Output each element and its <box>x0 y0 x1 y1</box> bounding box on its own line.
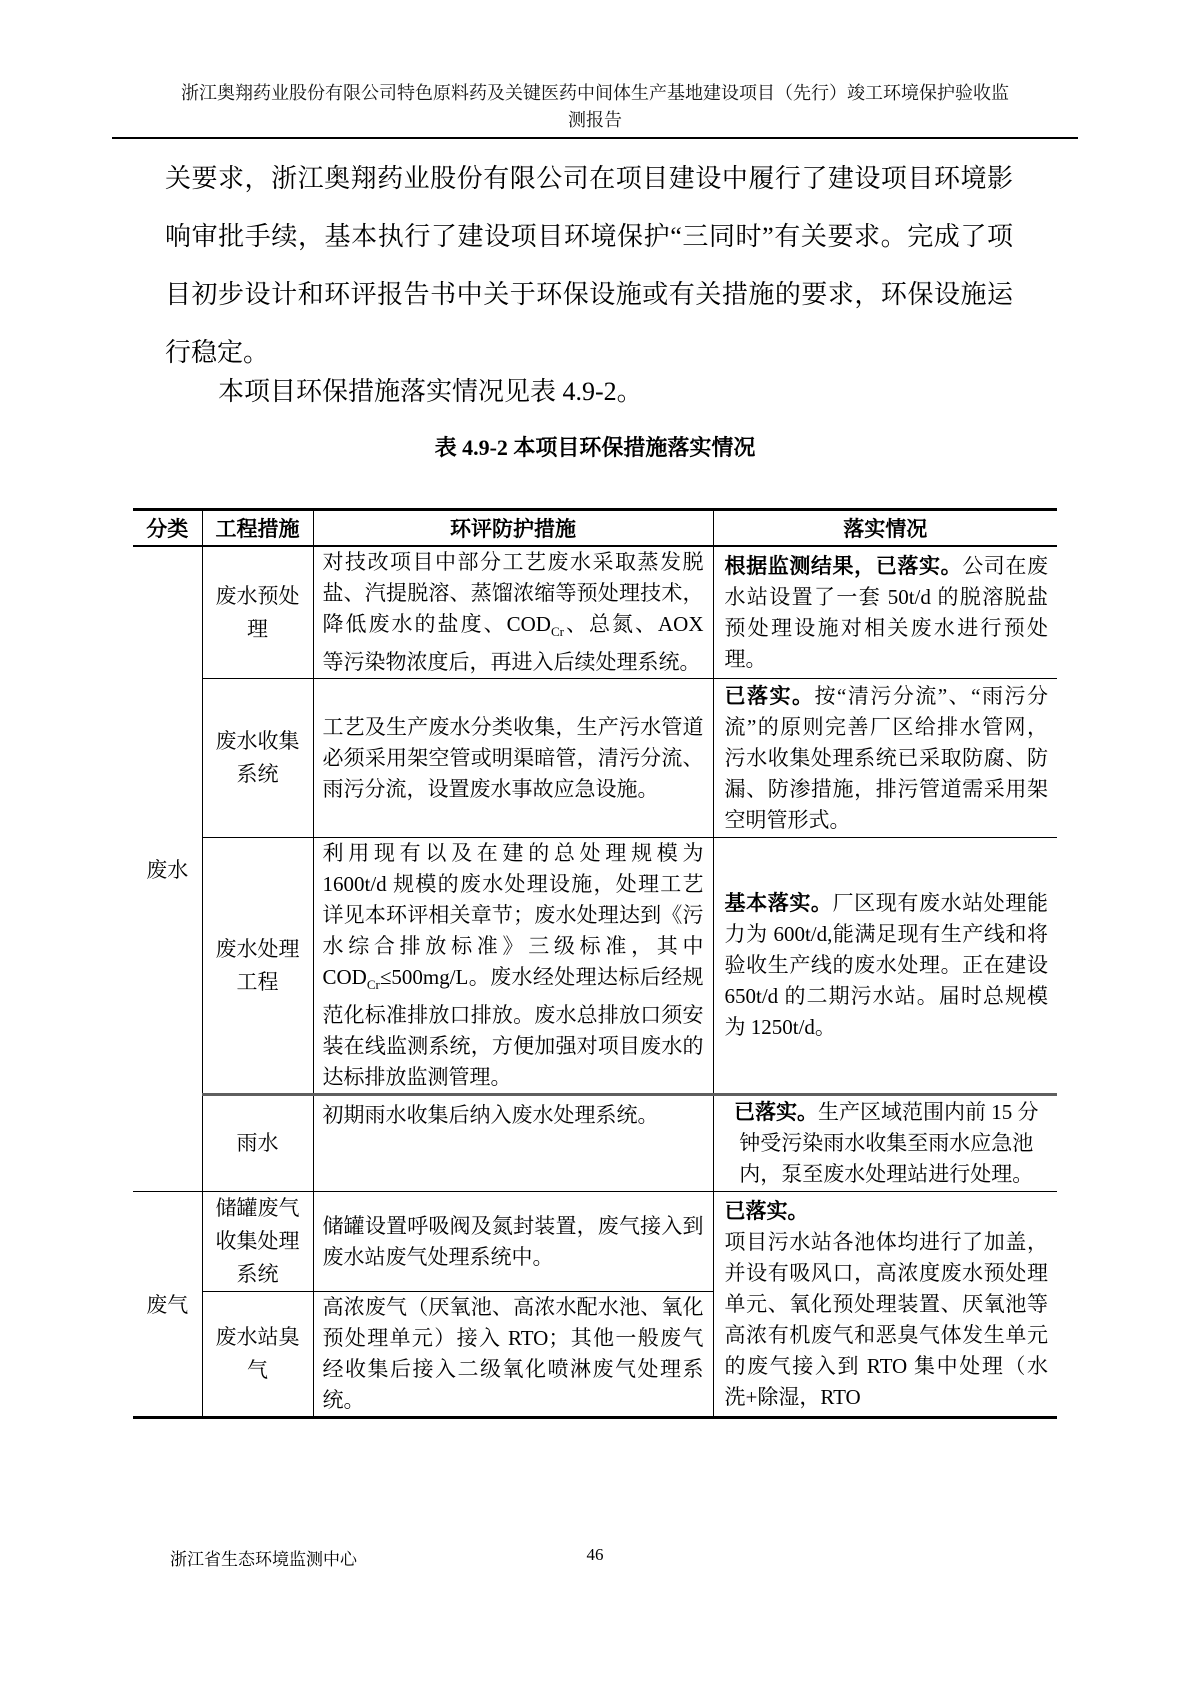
measure-name-treatment: 废水处理工程 <box>202 838 313 1095</box>
row-tank-gas: 废气 储罐废气收集处理系统 储罐设置呼吸阀及氮封装置，废气接入到废水站废气处理系… <box>133 1192 1057 1292</box>
eia-cell-collection: 工艺及生产废水分类收集，生产污水管道必须采用架空管或明渠暗管，清污分流、雨污分流… <box>313 679 713 838</box>
row-wastewater-collection: 废水收集系统 工艺及生产废水分类收集，生产污水管道必须采用架空管或明渠暗管，清污… <box>133 679 1057 838</box>
row-rainwater: 雨水 初期雨水收集后纳入废水处理系统。 已落实。生产区域范围内前 15 分钟受污… <box>133 1095 1057 1192</box>
status-cell-pretreatment: 根据监测结果，已落实。公司在废水站设置了一套 50t/d 的脱溶脱盐预处理设施对… <box>713 546 1057 679</box>
page-header: 浙江奥翔药业股份有限公司特色原料药及关键医药中间体生产基地建设项目（先行）竣工环… <box>145 80 1045 134</box>
eia-cell-rainwater: 初期雨水收集后纳入废水处理系统。 <box>313 1095 713 1192</box>
page-header-line1: 浙江奥翔药业股份有限公司特色原料药及关键医药中间体生产基地建设项目（先行）竣工环… <box>181 83 1009 103</box>
row-wastewater-pretreatment: 废水 废水预处理 对技改项目中部分工艺废水采取蒸发脱盐、汽提脱溶、蒸馏浓缩等预处… <box>133 546 1057 679</box>
eia-cell-pretreatment: 对技改项目中部分工艺废水采取蒸发脱盐、汽提脱溶、蒸馏浓缩等预处理技术，降低废水的… <box>313 546 713 679</box>
table-title: 表 4.9-2 本项目环保措施落实情况 <box>0 431 1190 462</box>
category-waste-gas: 废气 <box>133 1192 202 1418</box>
body-paragraph-2: 本项目环保措施落实情况见表 4.9-2。 <box>165 372 1013 412</box>
page-header-line2: 测报告 <box>568 110 622 130</box>
col-header-status: 落实情况 <box>713 510 1057 547</box>
body-paragraph-1: 关要求，浙江奥翔药业股份有限公司在项目建设中履行了建设项目环境影响审批手续，基本… <box>165 150 1013 382</box>
category-wastewater: 废水 <box>133 546 202 1192</box>
col-header-category: 分类 <box>133 510 202 547</box>
eia-cell-station-odor: 高浓废气（厌氧池、高浓水配水池、氧化预处理单元）接入 RTO；其他一般废气经收集… <box>313 1292 713 1418</box>
footer-page-number: 46 <box>133 1545 1057 1565</box>
document-page: 浙江奥翔药业股份有限公司特色原料药及关键医药中间体生产基地建设项目（先行）竣工环… <box>0 0 1190 1683</box>
col-header-measure: 工程措施 <box>202 510 313 547</box>
measure-name-tank-gas: 储罐废气收集处理系统 <box>202 1192 313 1292</box>
status-cell-treatment: 基本落实。厂区现有废水站处理能力为 600t/d,能满足现有生产线和将验收生产线… <box>713 838 1057 1095</box>
status-cell-rainwater: 已落实。生产区域范围内前 15 分钟受污染雨水收集至雨水应急池内，泵至废水处理站… <box>713 1095 1057 1192</box>
measure-name-pretreatment: 废水预处理 <box>202 546 313 679</box>
measure-name-collection: 废水收集系统 <box>202 679 313 838</box>
eia-cell-tank-gas: 储罐设置呼吸阀及氮封装置，废气接入到废水站废气处理系统中。 <box>313 1192 713 1292</box>
measures-table: 分类 工程措施 环评防护措施 落实情况 废水 废水预处理 对技改项目中部分工艺废… <box>133 508 1057 1419</box>
col-header-eia-measure: 环评防护措施 <box>313 510 713 547</box>
row-wastewater-treatment: 废水处理工程 利用现有以及在建的总处理规模为 1600t/d 规模的废水处理设施… <box>133 838 1057 1095</box>
eia-cell-treatment: 利用现有以及在建的总处理规模为 1600t/d 规模的废水处理设施，处理工艺详见… <box>313 838 713 1095</box>
measure-name-rainwater: 雨水 <box>202 1095 313 1192</box>
header-rule <box>112 137 1078 139</box>
status-cell-waste-gas: 已落实。项目污水站各池体均进行了加盖，并设有吸风口，高浓度废水预处理单元、氧化预… <box>713 1192 1057 1418</box>
measure-name-station-odor: 废水站臭气 <box>202 1292 313 1418</box>
status-cell-collection: 已落实。按“清污分流”、“雨污分流”的原则完善厂区给排水管网，污水收集处理系统已… <box>713 679 1057 838</box>
table-header-row: 分类 工程措施 环评防护措施 落实情况 <box>133 510 1057 547</box>
